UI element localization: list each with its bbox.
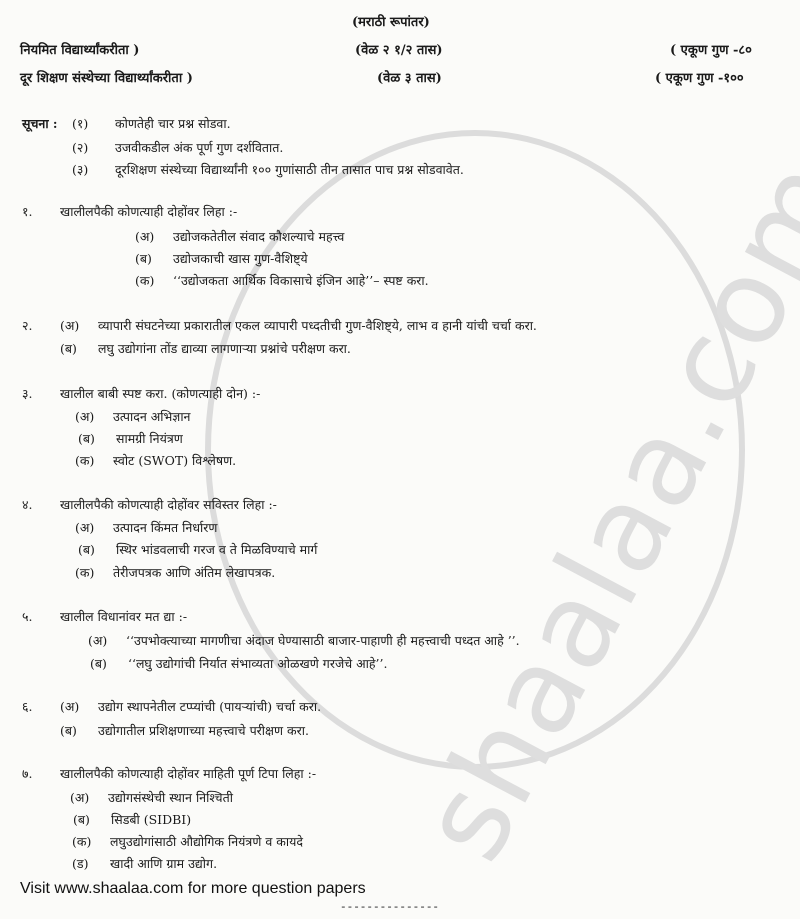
distance-marks: ( एकूण गुण -१०० <box>655 68 744 86</box>
instruction-num: (२) <box>72 139 88 156</box>
distance-time: (वेळ ३ तास) <box>377 68 442 86</box>
regular-marks: ( एकूण गुण -८० <box>670 40 752 58</box>
question-text: खालीलपैकी कोणत्याही दोहोंवर लिहा :- <box>60 203 237 220</box>
question-number: ३. <box>22 385 32 402</box>
option: (ब)सिडबी (SIDBI) <box>73 811 191 828</box>
footer-link-text[interactable]: Visit www.shaalaa.com for more question … <box>20 880 366 898</box>
option: (ब)‘‘लघु उद्योगांची निर्यात संभाव्यता ओळ… <box>90 655 387 672</box>
paper-title: (मराठी रूपांतर) <box>352 12 430 30</box>
option: (ड)खादी आणि ग्राम उद्योग. <box>72 855 217 872</box>
option: (क)लघुउद्योगांसाठी औद्योगिक नियंत्रणे व … <box>72 833 303 850</box>
instruction-text: कोणतेही चार प्रश्न सोडवा. <box>115 115 231 132</box>
instructions-label: सूचना : <box>22 115 58 132</box>
distance-students-label: दूर शिक्षण संस्थेच्या विद्यार्थ्यांकरीता… <box>20 68 193 86</box>
option: (क)स्वोट (SWOT) विश्लेषण. <box>75 452 236 469</box>
option: (ब)सामग्री नियंत्रण <box>78 430 183 447</box>
question-number: १. <box>22 203 32 220</box>
option: (क)‘‘उद्योजकता आर्थिक विकासाचे इंजिन आहे… <box>135 272 429 289</box>
question-text: खालील बाबी स्पष्ट करा. (कोणत्याही दोन) :… <box>60 385 260 402</box>
option: (अ)उत्पादन अभिज्ञान <box>75 408 191 425</box>
option: (अ)उत्पादन किंमत निर्धारण <box>75 519 217 536</box>
option: (ब)उद्योगातील प्रशिक्षणाच्या महत्त्वाचे … <box>60 722 309 739</box>
option: (ब)स्थिर भांडवलाची गरज व ते मिळविण्याचे … <box>78 541 317 558</box>
option: (क)तेरीजपत्रक आणि अंतिम लेखापत्रक. <box>75 564 275 581</box>
regular-time: (वेळ २ १/२ तास) <box>355 40 443 58</box>
question-text: खालीलपैकी कोणत्याही दोहोंवर सविस्तर लिहा… <box>60 496 277 513</box>
instruction-num: (३) <box>72 161 88 178</box>
option: (ब)उद्योजकाची खास गुण-वैशिष्ट्ये <box>135 250 308 267</box>
question-number: ४. <box>22 496 32 513</box>
option: (अ)उद्योजकतेतील संवाद कौशल्याचे महत्त्व <box>135 228 344 245</box>
question-text: खालीलपैकी कोणत्याही दोहोंवर माहिती पूर्ण… <box>60 765 316 782</box>
question-number: ६. <box>22 698 32 715</box>
question-number: २. <box>22 317 32 334</box>
instruction-num: (१) <box>72 115 88 132</box>
option: (ब)लघु उद्योगांना तोंड द्याव्या लागणाऱ्य… <box>60 340 351 357</box>
question-number: ५. <box>22 608 32 625</box>
option: (अ)उद्योग स्थापनेतील टप्प्यांची (पायऱ्या… <box>60 698 321 715</box>
option: (अ)व्यापारी संघटनेच्या प्रकारातील एकल व्… <box>60 317 537 334</box>
option: (अ)उद्योगसंस्थेची स्थान निश्चिती <box>70 789 233 806</box>
question-text: खालील विधानांवर मत द्या :- <box>60 608 187 625</box>
regular-students-label: नियमित विद्यार्थ्यांकरीता ) <box>20 40 139 58</box>
footer-dashes: --------------- <box>340 902 439 914</box>
option: (अ)‘‘उपभोक्त्याच्या मागणीचा अंदाज घेण्या… <box>88 632 520 649</box>
instruction-text: दूरशिक्षण संस्थेच्या विद्यार्थ्यांनी १००… <box>115 161 464 178</box>
instruction-text: उजवीकडील अंक पूर्ण गुण दर्शवितात. <box>115 139 283 156</box>
question-number: ७. <box>22 765 32 782</box>
